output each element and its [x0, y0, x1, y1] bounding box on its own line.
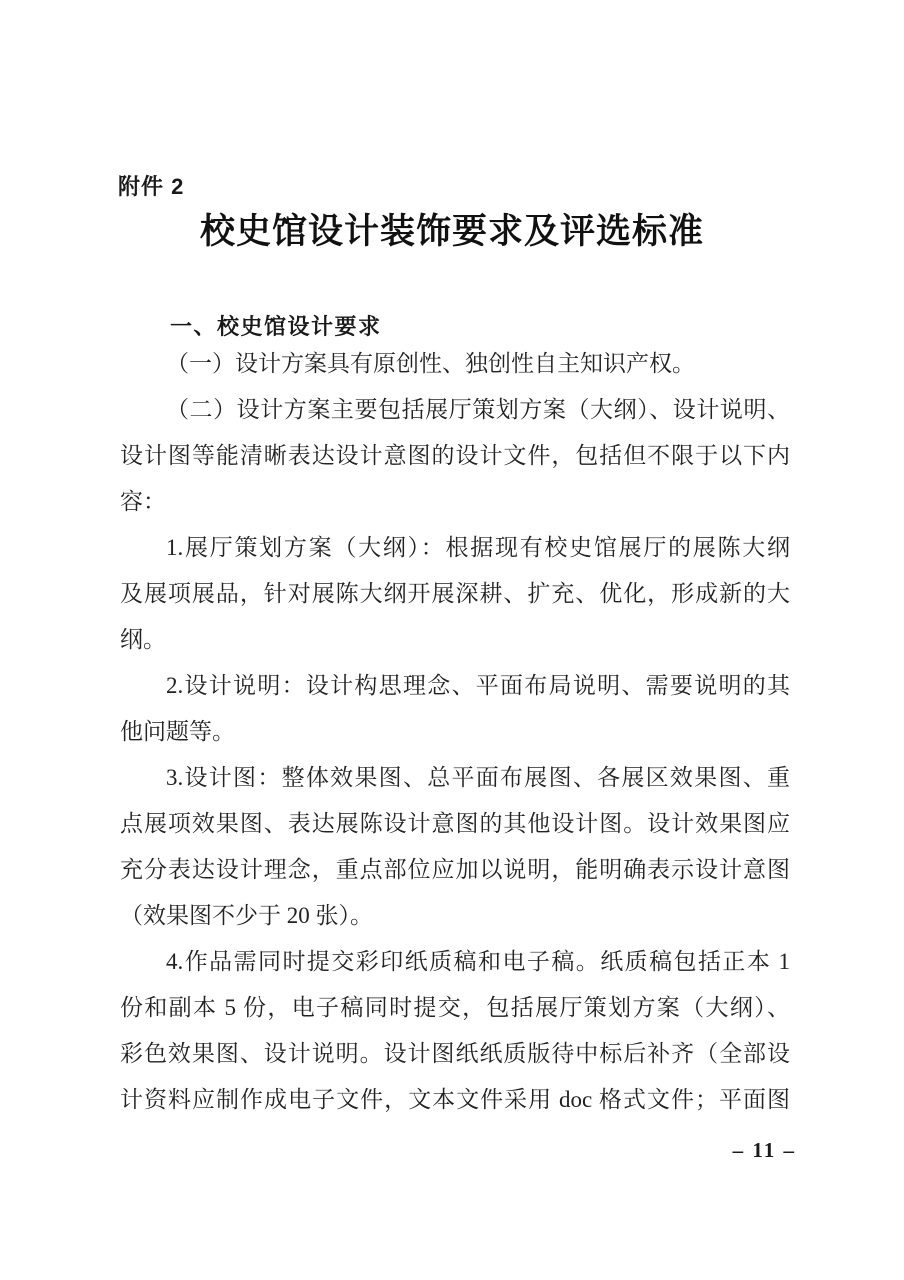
body-line: 4.作品需同时提交彩印纸质稿和电子稿。纸质稿包括正本 1: [120, 939, 790, 985]
body-line: 3.设计图：整体效果图、总平面布展图、各展区效果图、重: [120, 755, 790, 801]
body-line: 1.展厅策划方案（大纲）：根据现有校史馆展厅的展陈大纲: [120, 525, 790, 571]
body-line: 及展项展品，针对展陈大纲开展深耕、扩充、优化，形成新的大: [120, 571, 790, 617]
section-heading: 一、校史馆设计要求: [170, 310, 382, 341]
body-line: 他问题等。: [120, 709, 790, 755]
body-line: （效果图不少于 20 张）。: [120, 893, 790, 939]
body-line: 纲。: [120, 617, 790, 663]
document-page: 附件 2 校史馆设计装饰要求及评选标准 一、校史馆设计要求 （一）设计方案具有原…: [0, 0, 904, 1280]
body-line: 份和副本 5 份，电子稿同时提交，包括展厅策划方案（大纲）、: [120, 985, 790, 1031]
body-line: 2.设计说明：设计构思理念、平面布局说明、需要说明的其: [120, 663, 790, 709]
body-line: 充分表达设计理念，重点部位应加以说明，能明确表示设计意图: [120, 847, 790, 893]
body-line: 彩色效果图、设计说明。设计图纸纸质版待中标后补齐（全部设: [120, 1031, 790, 1077]
body-line: （一）设计方案具有原创性、独创性自主知识产权。: [120, 341, 790, 387]
document-title: 校史馆设计装饰要求及评选标准: [0, 204, 904, 254]
body-line: 计资料应制作成电子文件，文本文件采用 doc 格式文件；平面图: [120, 1077, 790, 1123]
body-line: 设计图等能清晰表达设计意图的设计文件，包括但不限于以下内: [120, 433, 790, 479]
attachment-label: 附件 2: [118, 170, 184, 201]
body-text: （一）设计方案具有原创性、独创性自主知识产权。 （二）设计方案主要包括展厅策划方…: [120, 341, 790, 1123]
body-line: （二）设计方案主要包括展厅策划方案（大纲）、设计说明、: [120, 387, 790, 433]
body-line: 点展项效果图、表达展陈设计意图的其他设计图。设计效果图应: [120, 801, 790, 847]
page-number: – 11 –: [733, 1138, 796, 1163]
body-line: 容：: [120, 479, 790, 525]
